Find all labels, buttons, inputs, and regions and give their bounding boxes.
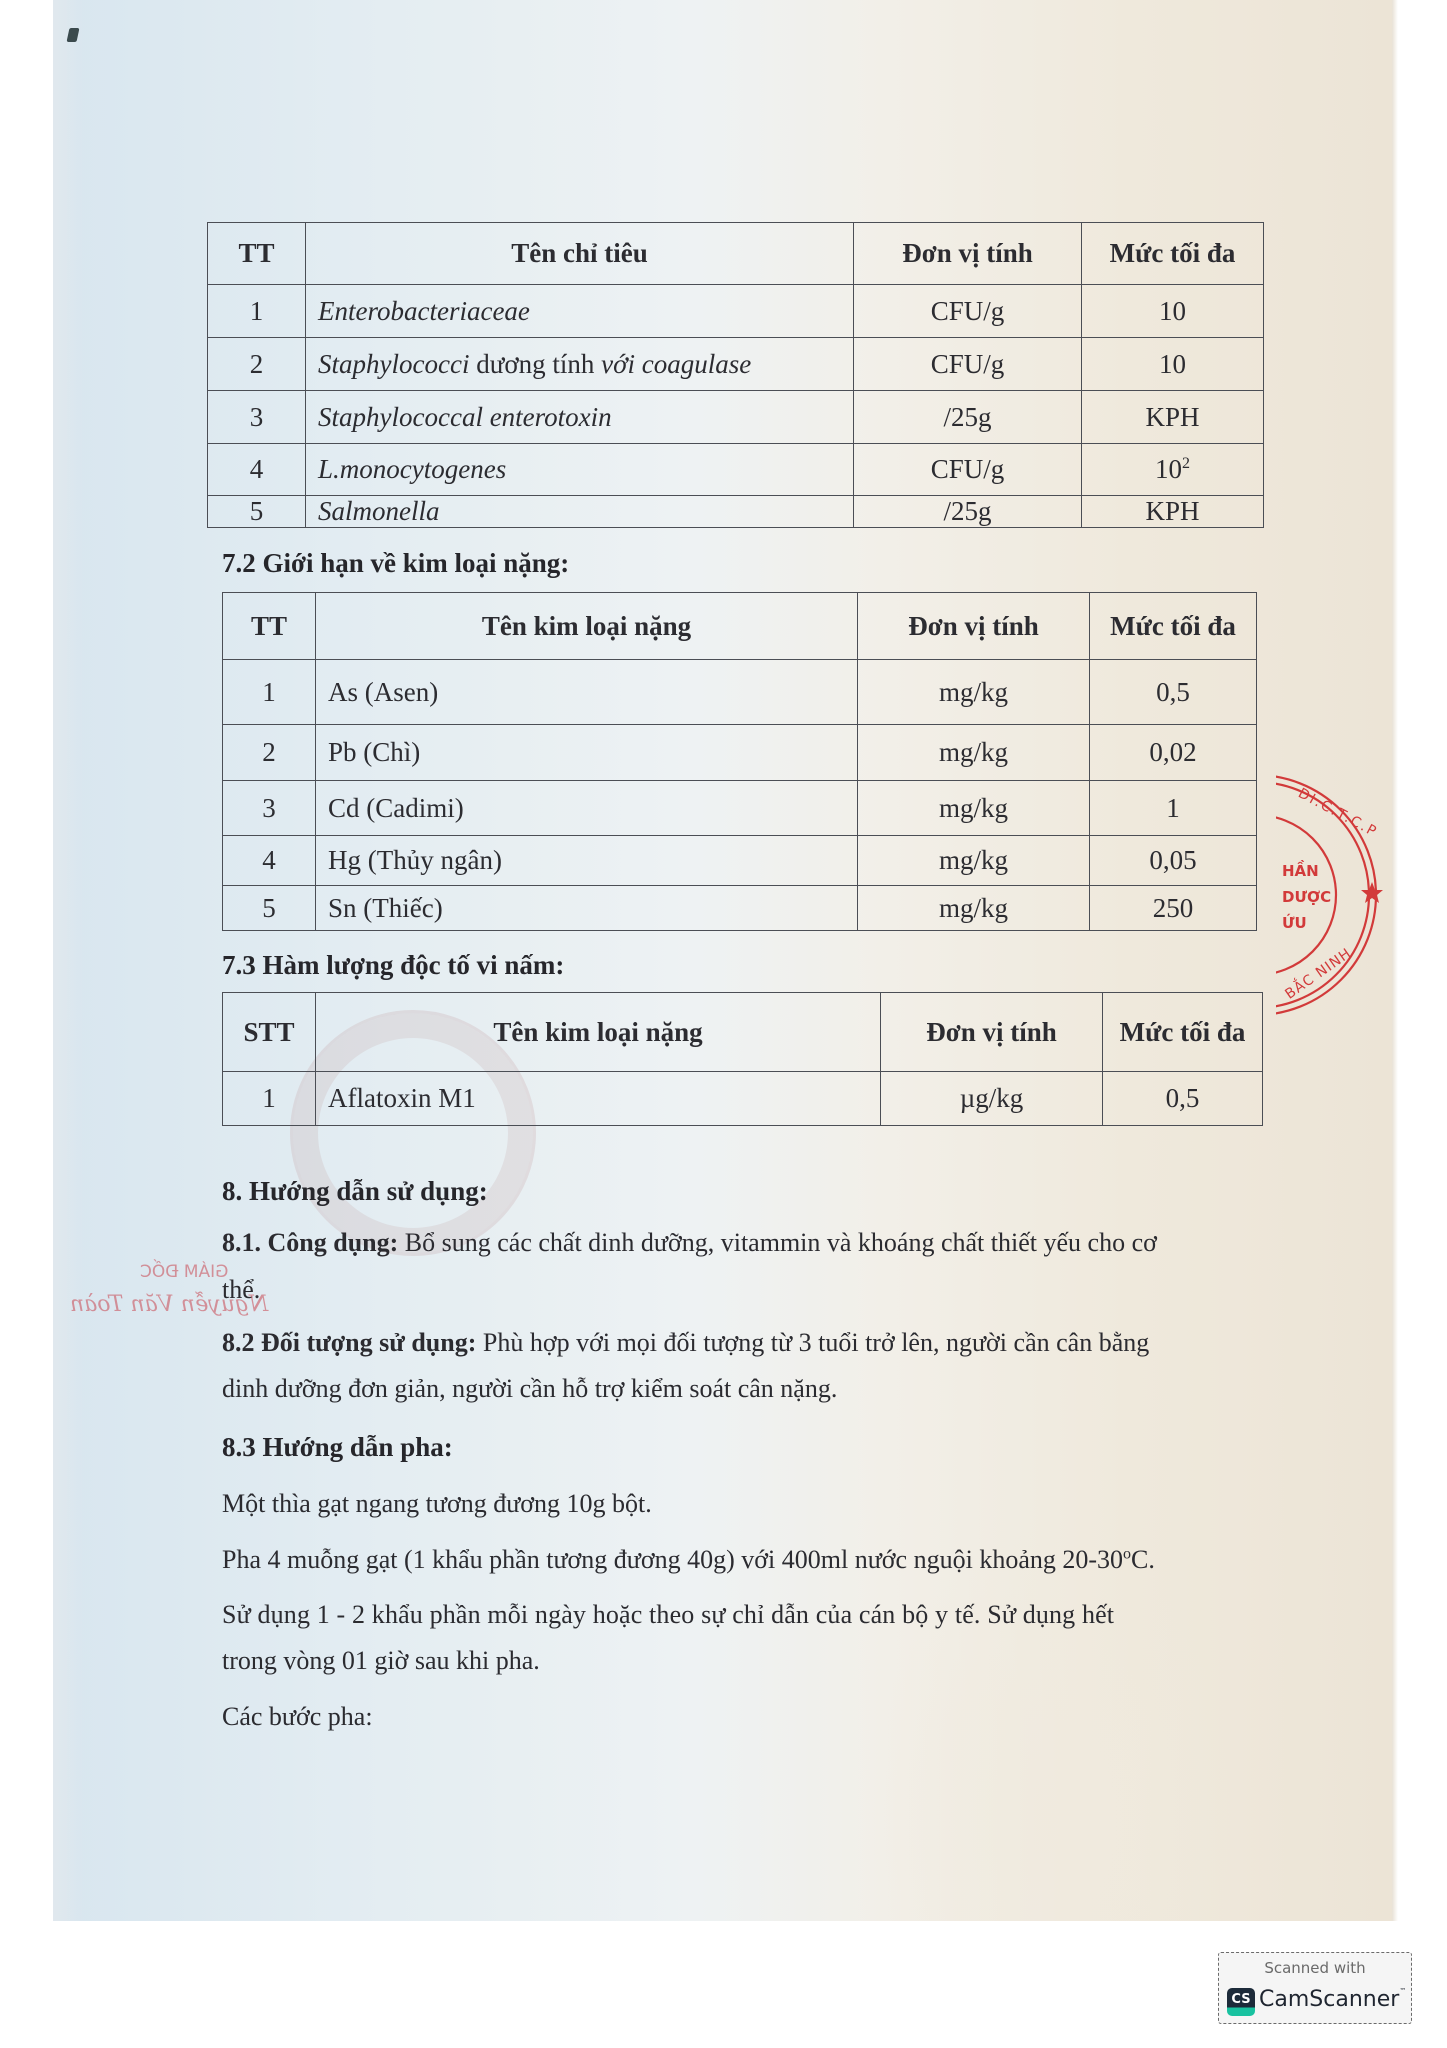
bleed-through-signature: Nguyễn Văn Toàn <box>70 1292 268 1317</box>
microbiology-limits-table: TT Tên chỉ tiêu Đơn vị tính Mức tối đa 1… <box>207 222 1264 528</box>
row-name-italic: Staphylococci <box>318 349 469 379</box>
row-max: 0,05 <box>1090 836 1257 886</box>
stamp-line-1: HẦN <box>1282 858 1331 884</box>
camscanner-brand: CamScanner™ <box>1259 1987 1406 2012</box>
mixing-line-3: Sử dụng 1 - 2 khẩu phần mỗi ngày hoặc th… <box>222 1600 1114 1630</box>
label-8-2: 8.2 Đối tượng sử dụng: <box>222 1328 476 1357</box>
degree-sign: o <box>1123 1545 1131 1562</box>
row-tt: 2 <box>223 725 316 781</box>
row-name: As (Asen) <box>316 660 858 725</box>
table-header-row: TT Tên kim loại nặng Đơn vị tính Mức tối… <box>223 593 1257 660</box>
row-max: 10 <box>1082 338 1264 391</box>
header-max: Mức tối đa <box>1103 993 1263 1072</box>
row-max: 0,5 <box>1103 1072 1263 1126</box>
row-unit: mg/kg <box>858 781 1090 836</box>
table-header-row: STT Tên kim loại nặng Đơn vị tính Mức tố… <box>223 993 1263 1072</box>
header-name: Tên chỉ tiêu <box>306 223 854 285</box>
row-max: 0,5 <box>1090 660 1257 725</box>
row-max: KPH <box>1082 391 1264 444</box>
mixing-steps-label: Các bước pha: <box>222 1702 373 1732</box>
header-name: Tên kim loại nặng <box>316 593 858 660</box>
company-stamp: DI.C.T.C.P HẦN DƯỢC ỨU BẮC NINH <box>1276 770 1394 1020</box>
table-row: 1 As (Asen) mg/kg 0,5 <box>223 660 1257 725</box>
row-name-italic: Staphylococcal enterotoxin <box>318 402 612 432</box>
header-max: Mức tối đa <box>1090 593 1257 660</box>
text-8-2: Phù hợp với mọi đối tượng từ 3 tuổi trở … <box>476 1328 1149 1357</box>
row-unit: CFU/g <box>854 444 1082 496</box>
table-row: 4 L.monocytogenes CFU/g 102 <box>208 444 1264 496</box>
row-max: 1 <box>1090 781 1257 836</box>
row-unit: mg/kg <box>858 725 1090 781</box>
header-unit: Đơn vị tính <box>881 993 1103 1072</box>
mycotoxins-table: STT Tên kim loại nặng Đơn vị tính Mức tố… <box>222 992 1263 1126</box>
camscanner-logo-icon: CS <box>1227 1988 1255 2016</box>
header-tt: TT <box>208 223 306 285</box>
table-row: 5 Sn (Thiếc) mg/kg 250 <box>223 886 1257 931</box>
mixing-line-2-text: Pha 4 muỗng gạt (1 khẩu phần tương đương… <box>222 1545 1123 1574</box>
header-name: Tên kim loại nặng <box>316 993 881 1072</box>
table-row: 3 Cd (Cadimi) mg/kg 1 <box>223 781 1257 836</box>
row-name: Staphylococcal enterotoxin <box>306 391 854 444</box>
header-unit: Đơn vị tính <box>858 593 1090 660</box>
paragraph-8-2-line-1: 8.2 Đối tượng sử dụng: Phù hợp với mọi đ… <box>222 1328 1149 1358</box>
stamp-line-2: DƯỢC <box>1282 884 1331 910</box>
section-heading-mycotoxins: 7.3 Hàm lượng độc tố vi nấm: <box>222 950 564 981</box>
header-max: Mức tối đa <box>1082 223 1264 285</box>
row-tt: 5 <box>223 886 316 931</box>
paragraph-8-1-line-1: 8.1. Công dụng: Bổ sung các chất dinh dư… <box>222 1228 1157 1258</box>
mixing-line-2: Pha 4 muỗng gạt (1 khẩu phần tương đương… <box>222 1545 1155 1575</box>
row-unit: mg/kg <box>858 836 1090 886</box>
table-row: 2 Pb (Chì) mg/kg 0,02 <box>223 725 1257 781</box>
camscanner-watermark: Scanned with CS CamScanner™ <box>1218 1952 1412 2024</box>
row-unit: µg/kg <box>881 1072 1103 1126</box>
row-unit: /25g <box>854 391 1082 444</box>
row-max: KPH <box>1082 496 1264 528</box>
mixing-line-4: trong vòng 01 giờ sau khi pha. <box>222 1646 540 1676</box>
table-row: 1 Aflatoxin M1 µg/kg 0,5 <box>223 1072 1263 1126</box>
row-tt: 2 <box>208 338 306 391</box>
row-name-italic: L.monocytogenes <box>318 454 506 484</box>
row-name: Staphylococci dương tính với coagulase <box>306 338 854 391</box>
table-row: 4 Hg (Thủy ngân) mg/kg 0,05 <box>223 836 1257 886</box>
heavy-metals-table: TT Tên kim loại nặng Đơn vị tính Mức tối… <box>222 592 1257 931</box>
stamp-line-3: ỨU <box>1282 910 1331 936</box>
row-max-base: 10 <box>1155 454 1182 484</box>
table-row: 5 Salmonella /25g KPH <box>208 496 1264 528</box>
row-tt: 3 <box>208 391 306 444</box>
row-name: Salmonella <box>306 496 854 528</box>
brand-name: CamScanner <box>1259 1987 1399 2012</box>
row-name: Cd (Cadimi) <box>316 781 858 836</box>
row-tt: 4 <box>208 444 306 496</box>
table-row: 3 Staphylococcal enterotoxin /25g KPH <box>208 391 1264 444</box>
row-tt: 1 <box>208 285 306 338</box>
row-name: Aflatoxin M1 <box>316 1072 881 1126</box>
row-max: 250 <box>1090 886 1257 931</box>
row-name: Sn (Thiếc) <box>316 886 858 931</box>
row-tt: 1 <box>223 1072 316 1126</box>
row-max-exponent: 2 <box>1182 455 1190 472</box>
row-name: L.monocytogenes <box>306 444 854 496</box>
row-name-italic-2: với coagulase <box>601 349 751 379</box>
row-name: Hg (Thủy ngân) <box>316 836 858 886</box>
row-max: 0,02 <box>1090 725 1257 781</box>
row-unit: mg/kg <box>858 660 1090 725</box>
row-name: Enterobacteriaceae <box>306 285 854 338</box>
row-tt: 5 <box>208 496 306 528</box>
trademark-symbol: ™ <box>1399 1987 1406 1995</box>
text-8-1: Bổ sung các chất dinh dưỡng, vitammin và… <box>398 1228 1157 1257</box>
bleed-through-title: GIÁM ĐỐC <box>140 1262 228 1282</box>
row-tt: 1 <box>223 660 316 725</box>
mixing-line-1: Một thìa gạt ngang tương đương 10g bột. <box>222 1489 652 1519</box>
table-row: 2 Staphylococci dương tính với coagulase… <box>208 338 1264 391</box>
header-stt: STT <box>223 993 316 1072</box>
row-unit: /25g <box>854 496 1082 528</box>
table-row: 1 Enterobacteriaceae CFU/g 10 <box>208 285 1264 338</box>
row-unit: CFU/g <box>854 338 1082 391</box>
section-heading-heavy-metals: 7.2 Giới hạn về kim loại nặng: <box>222 548 569 579</box>
row-tt: 3 <box>223 781 316 836</box>
row-tt: 4 <box>223 836 316 886</box>
header-tt: TT <box>223 593 316 660</box>
paragraph-8-2-line-2: dinh dưỡng đơn giản, người cần hỗ trợ ki… <box>222 1374 837 1404</box>
table-header-row: TT Tên chỉ tiêu Đơn vị tính Mức tối đa <box>208 223 1264 285</box>
row-unit: CFU/g <box>854 285 1082 338</box>
label-8-1: 8.1. Công dụng: <box>222 1228 398 1257</box>
section-heading-usage: 8. Hướng dẫn sử dụng: <box>222 1176 488 1207</box>
scanned-with-label: Scanned with <box>1219 1959 1411 1977</box>
header-unit: Đơn vị tính <box>854 223 1082 285</box>
row-max: 10 <box>1082 285 1264 338</box>
stamp-center-text: HẦN DƯỢC ỨU <box>1282 858 1331 936</box>
mixing-line-2-unit: C. <box>1131 1545 1155 1574</box>
row-unit: mg/kg <box>858 886 1090 931</box>
row-max: 102 <box>1082 444 1264 496</box>
row-name-italic: Enterobacteriaceae <box>318 296 530 326</box>
row-name: Pb (Chì) <box>316 725 858 781</box>
section-heading-mixing: 8.3 Hướng dẫn pha: <box>222 1432 453 1463</box>
row-name-italic: Salmonella <box>318 496 440 526</box>
row-name-plain: dương tính <box>469 349 601 379</box>
